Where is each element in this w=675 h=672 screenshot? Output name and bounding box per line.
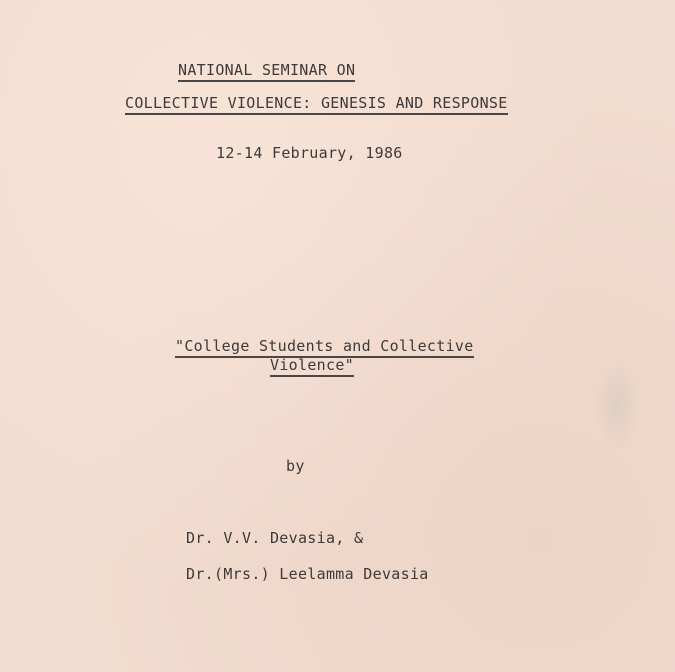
paper-stain <box>595 360 640 450</box>
seminar-heading: NATIONAL SEMINAR ON <box>178 61 355 79</box>
paper-title-line-2-text: Violence" <box>270 356 354 377</box>
paper-title-line-1: "College Students and Collective <box>175 337 474 355</box>
seminar-title-text: COLLECTIVE VIOLENCE: GENESIS AND RESPONS… <box>125 94 508 115</box>
seminar-title: COLLECTIVE VIOLENCE: GENESIS AND RESPONS… <box>125 94 508 112</box>
seminar-heading-text: NATIONAL SEMINAR ON <box>178 61 355 82</box>
paper-title-line-1-text: "College Students and Collective <box>175 337 474 358</box>
author-2: Dr.(Mrs.) Leelamma Devasia <box>186 565 429 583</box>
document-page: NATIONAL SEMINAR ON COLLECTIVE VIOLENCE:… <box>0 0 675 672</box>
paper-title-line-2: Violence" <box>270 356 354 374</box>
author-1: Dr. V.V. Devasia, & <box>186 529 363 547</box>
seminar-dates: 12-14 February, 1986 <box>216 144 403 162</box>
by-label: by <box>286 457 305 475</box>
